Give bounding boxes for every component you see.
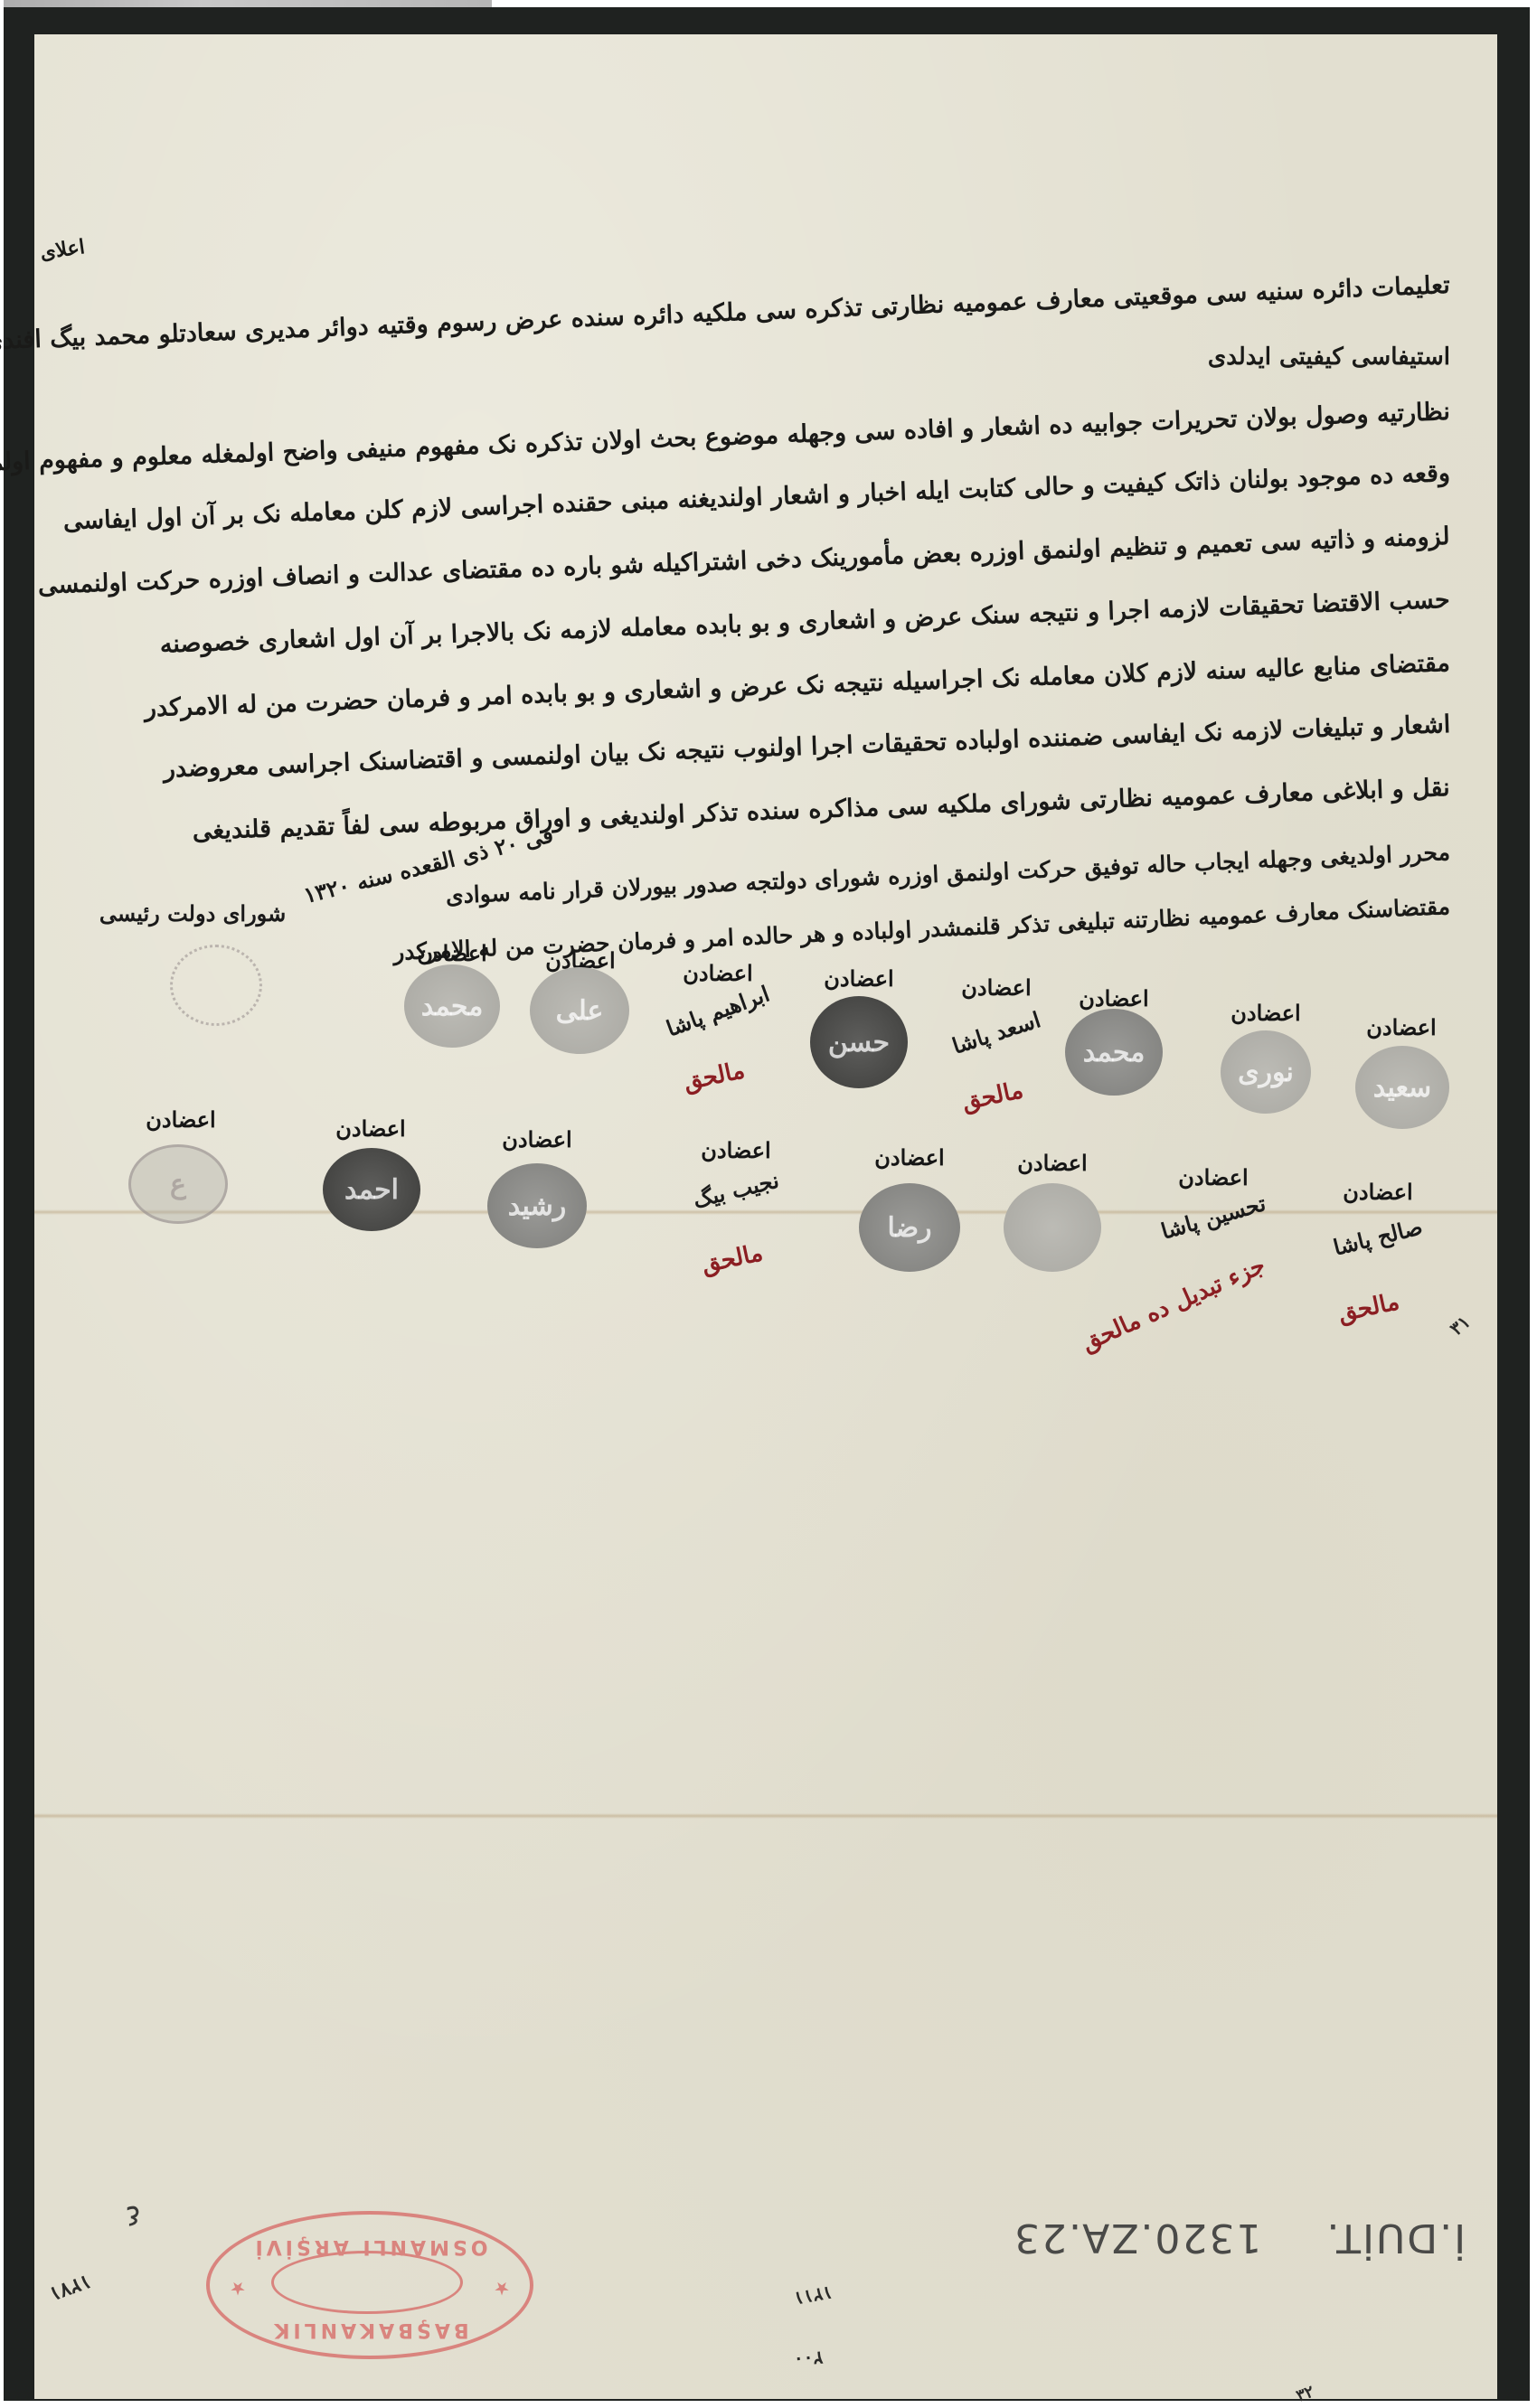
seal-label: اعضادن — [1366, 1014, 1436, 1040]
catalog-code: 1320.ZA.23 — [1013, 2215, 1261, 2261]
body-line-6: حسب الاقتضا تحقیقات لازمه اجرا و نتیجه س… — [160, 586, 1451, 659]
body-line-2: استیفاسی کیفیتی ایدلدی — [1208, 343, 1450, 371]
seal-label: اعضادن — [1343, 1179, 1412, 1205]
red-annotation: مالحق — [1336, 1288, 1402, 1328]
bottom-right-mark: ۳۲ — [1294, 2382, 1316, 2405]
body-line-9: نقل و ابلاغی معارف عمومیه نظارتی شورای م… — [193, 774, 1451, 846]
member-name: تحسین پاشا — [1158, 1190, 1268, 1245]
bottom-center-number-2: ۲۰۰ — [793, 2347, 824, 2372]
seal-member — [1004, 1183, 1101, 1272]
catalog-prefix: İ.DUİT. — [1325, 2215, 1466, 2261]
seal-president — [170, 945, 262, 1026]
seal-member: رشید — [487, 1163, 587, 1248]
catalog-number: İ.DUİT.1320.ZA.23 — [1013, 2215, 1466, 2261]
seal-member: محمد — [1065, 1009, 1163, 1096]
marginal-number: ۳۱ — [1446, 1311, 1475, 1340]
stamp-bottom-text: OSMANLI ARŞİVİ — [206, 2235, 533, 2258]
member-name: ابراهیم پاشا — [663, 981, 773, 1042]
archive-stamp: BAŞBAKANLIK OSMANLI ARŞİVİ ★ ★ — [206, 2211, 533, 2359]
member-name: نجیب بیگ — [691, 1167, 782, 1214]
seal-label: اعضادن — [1178, 1164, 1248, 1190]
body-line-5: لزومنه و ذاتیه سی تعمیم و تنظیم اولنمق ا… — [38, 522, 1451, 600]
member-name: صالح پاشا — [1331, 1213, 1425, 1260]
body-line-8: اشعار و تبلیغات لازمه نک ایفاسی ضمننده ا… — [163, 710, 1450, 784]
seal-member: حسن — [810, 996, 908, 1088]
star-icon: ★ — [230, 2278, 246, 2300]
document-page: تعلیمات دائره سنیه سی موقعیتی معارف عموم… — [34, 34, 1497, 2399]
seal-member: محمد — [404, 964, 500, 1048]
seal-member: رضا — [859, 1183, 960, 1272]
stamp-inner-ring — [271, 2251, 463, 2314]
page-number-mark: ٤ — [125, 2198, 141, 2234]
seal-label: اعضادن — [1017, 1150, 1087, 1176]
body-line-7: مقتضای منابع عالیه سنه لازم کلان معامله … — [145, 649, 1451, 722]
seal-label: اعضادن — [683, 960, 752, 986]
seal-label: اعضادن — [874, 1144, 944, 1171]
body-line-10: محرر اولدیغی وجهله ایجاب حاله توفیق حرکت… — [446, 839, 1451, 908]
red-annotation: مالحق — [960, 1077, 1026, 1116]
seal-label: اعضادن — [502, 1126, 571, 1152]
seal-member: علی — [530, 967, 629, 1054]
seal-member: احمد — [323, 1148, 420, 1231]
margin-note: اعلای — [39, 235, 87, 265]
stamp-top-text: BAŞBAKANLIK — [206, 2319, 533, 2341]
seal-label: اعضادن — [417, 940, 486, 966]
seal-member: سعید — [1355, 1046, 1449, 1129]
fold-line-upper — [34, 1209, 1497, 1215]
council-president-label: شورای دولت رئیسی — [99, 900, 286, 927]
seal-label: اعضادن — [824, 965, 893, 992]
seal-member: ع — [128, 1144, 228, 1224]
member-name: اسعد پاشا — [949, 1006, 1044, 1059]
bottom-center-number-1: ۱۲۱۱ — [792, 2281, 834, 2309]
seal-label: اعضادن — [1231, 1000, 1300, 1026]
body-line-4: وقعه ده موجود بولنان ذاتک کیفیت و حالی ک… — [63, 459, 1451, 536]
seal-member: نوری — [1221, 1030, 1311, 1114]
seal-label: اعضادن — [961, 974, 1031, 1001]
red-annotation: مالحق — [682, 1057, 748, 1096]
seal-label: اعضادن — [335, 1115, 405, 1142]
seal-label: اعضادن — [1079, 985, 1148, 1011]
seal-label: اعضادن — [701, 1137, 770, 1163]
bottom-left-code: ۱۲۷۱ — [46, 2270, 94, 2307]
red-annotation: جزء تبدیل ده مالحق — [1078, 1252, 1269, 1357]
star-icon: ★ — [494, 2278, 510, 2300]
red-annotation: مالحق — [700, 1239, 766, 1279]
seal-label: اعضادن — [146, 1106, 215, 1133]
fold-line-lower — [34, 1813, 1497, 1819]
